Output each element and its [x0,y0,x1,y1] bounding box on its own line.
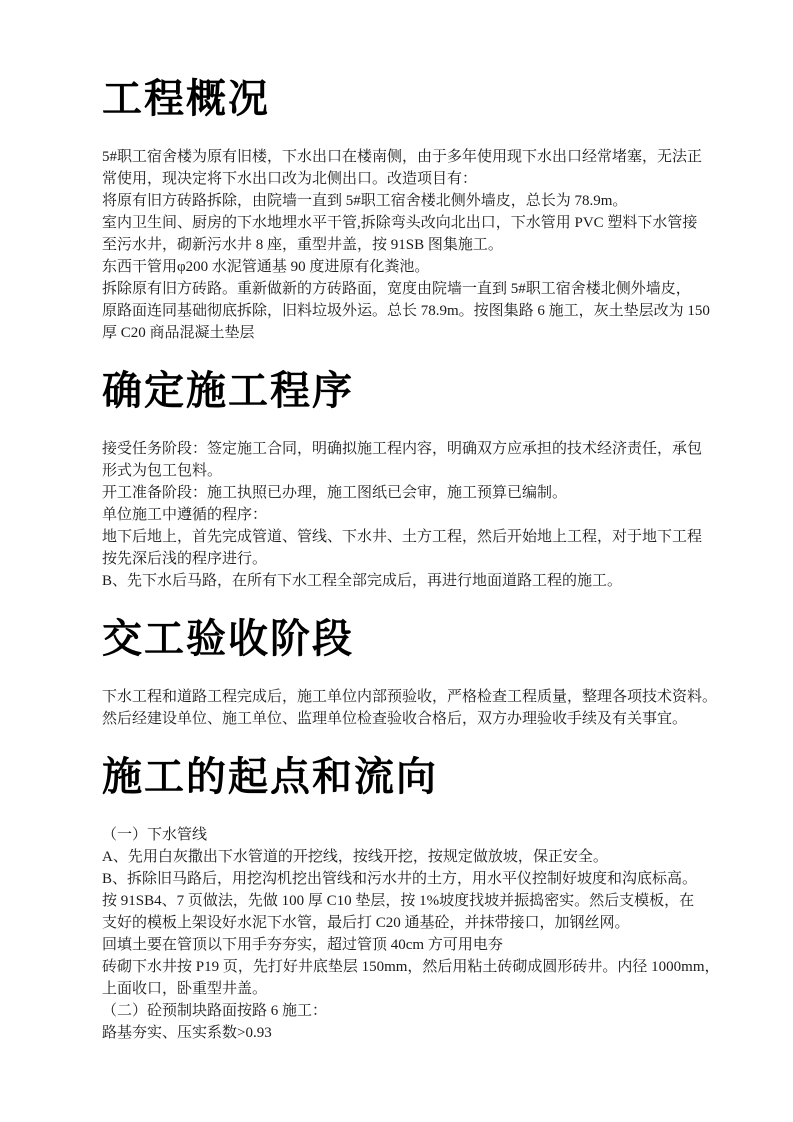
text-line: 接受任务阶段：签定施工合同，明确拟施工程内容，明确双方应承担的技术经济责任，承包 [102,438,685,460]
section-heading-construction-procedure: 确定施工程序 [102,368,685,414]
text-line: 至污水井，砌新污水井 8 座，重型井盖，按 91SB 图集施工。 [102,234,685,256]
section-body-construction-procedure: 接受任务阶段：签定施工合同，明确拟施工程内容，明确双方应承担的技术经济责任，承包… [102,438,685,592]
text-line: 厚 C20 商品混凝土垫层 [102,322,685,344]
text-line: 将原有旧方砖路拆除，由院墙一直到 5#职工宿舍楼北侧外墙皮，总长为 78.9m。 [102,190,685,212]
text-line: 回填土要在管顶以下用手夯夯实，超过管顶 40cm 方可用电夯 [102,934,685,956]
text-line: B、拆除旧马路后，用挖沟机挖出管线和污水井的土方，用水平仪控制好坡度和沟底标高。 [102,868,685,890]
text-line: 室内卫生间、厨房的下水地埋水平干管,拆除弯头改向北出口，下水管用 PVC 塑料下… [102,212,685,234]
document-page: 工程概况 5#职工宿舍楼为原有旧楼，下水出口在楼南侧，由于多年使用现下水出口经常… [0,0,793,1122]
text-line: 单位施工中遵循的程序： [102,504,685,526]
text-line: 然后经建设单位、施工单位、监理单位检查验收合格后，双方办理验收手续及有关事宜。 [102,708,685,730]
text-line: 支好的模板上架设好水泥下水管，最后打 C20 通基砼，并抹带接口，加钢丝网。 [102,912,685,934]
text-line: 拆除原有旧方砖路。重新做新的方砖路面，宽度由院墙一直到 5#职工宿舍楼北侧外墙皮… [102,278,685,300]
section-body-handover-acceptance: 下水工程和道路工程完成后，施工单位内部预验收，严格检查工程质量，整理各项技术资料… [102,686,685,730]
text-line: 砖砌下水井按 P19 页，先打好井底垫层 150mm，然后用粘土砖砌成圆形砖井。… [102,956,685,978]
text-line: 原路面连同基础彻底拆除，旧料垃圾外运。总长 78.9m。按图集路 6 施工，灰土… [102,300,685,322]
text-line: 上面收口，卧重型井盖。 [102,978,685,1000]
text-line: （二）砼预制块路面按路 6 施工： [102,1000,685,1022]
text-line: 开工准备阶段：施工执照已办理，施工图纸已会审，施工预算已编制。 [102,482,685,504]
section-heading-start-and-flow: 施工的起点和流向 [102,754,685,800]
text-line: 下水工程和道路工程完成后，施工单位内部预验收，严格检查工程质量，整理各项技术资料… [102,686,685,708]
section-heading-handover-acceptance: 交工验收阶段 [102,616,685,662]
section-start-and-flow: 施工的起点和流向 （一）下水管线A、先用白灰撒出下水管道的开挖线，按线开挖，按规… [102,754,685,1044]
text-line: 形式为包工包料。 [102,460,685,482]
section-project-overview: 工程概况 5#职工宿舍楼为原有旧楼，下水出口在楼南侧，由于多年使用现下水出口经常… [102,76,685,344]
text-line: 5#职工宿舍楼为原有旧楼，下水出口在楼南侧，由于多年使用现下水出口经常堵塞，无法… [102,146,685,168]
text-line: 地下后地上，首先完成管道、管线、下水井、土方工程，然后开始地上工程，对于地下工程 [102,526,685,548]
text-line: 按先深后浅的程序进行。 [102,548,685,570]
section-heading-project-overview: 工程概况 [102,76,685,122]
section-handover-acceptance: 交工验收阶段 下水工程和道路工程完成后，施工单位内部预验收，严格检查工程质量，整… [102,616,685,730]
text-line: A、先用白灰撒出下水管道的开挖线，按线开挖，按规定做放坡，保正安全。 [102,846,685,868]
text-line: B、先下水后马路，在所有下水工程全部完成后，再进行地面道路工程的施工。 [102,570,685,592]
text-line: 东西干管用φ200 水泥管通基 90 度进原有化粪池。 [102,256,685,278]
section-construction-procedure: 确定施工程序 接受任务阶段：签定施工合同，明确拟施工程内容，明确双方应承担的技术… [102,368,685,592]
text-line: 路基夯实、压实系数>0.93 [102,1022,685,1044]
text-line: 常使用，现决定将下水出口改为北侧出口。改造项目有： [102,168,685,190]
text-line: 按 91SB4、7 页做法，先做 100 厚 C10 垫层，按 1%坡度找坡并振… [102,890,685,912]
section-body-project-overview: 5#职工宿舍楼为原有旧楼，下水出口在楼南侧，由于多年使用现下水出口经常堵塞，无法… [102,146,685,344]
section-body-start-and-flow: （一）下水管线A、先用白灰撒出下水管道的开挖线，按线开挖，按规定做放坡，保正安全… [102,824,685,1044]
text-line: （一）下水管线 [102,824,685,846]
